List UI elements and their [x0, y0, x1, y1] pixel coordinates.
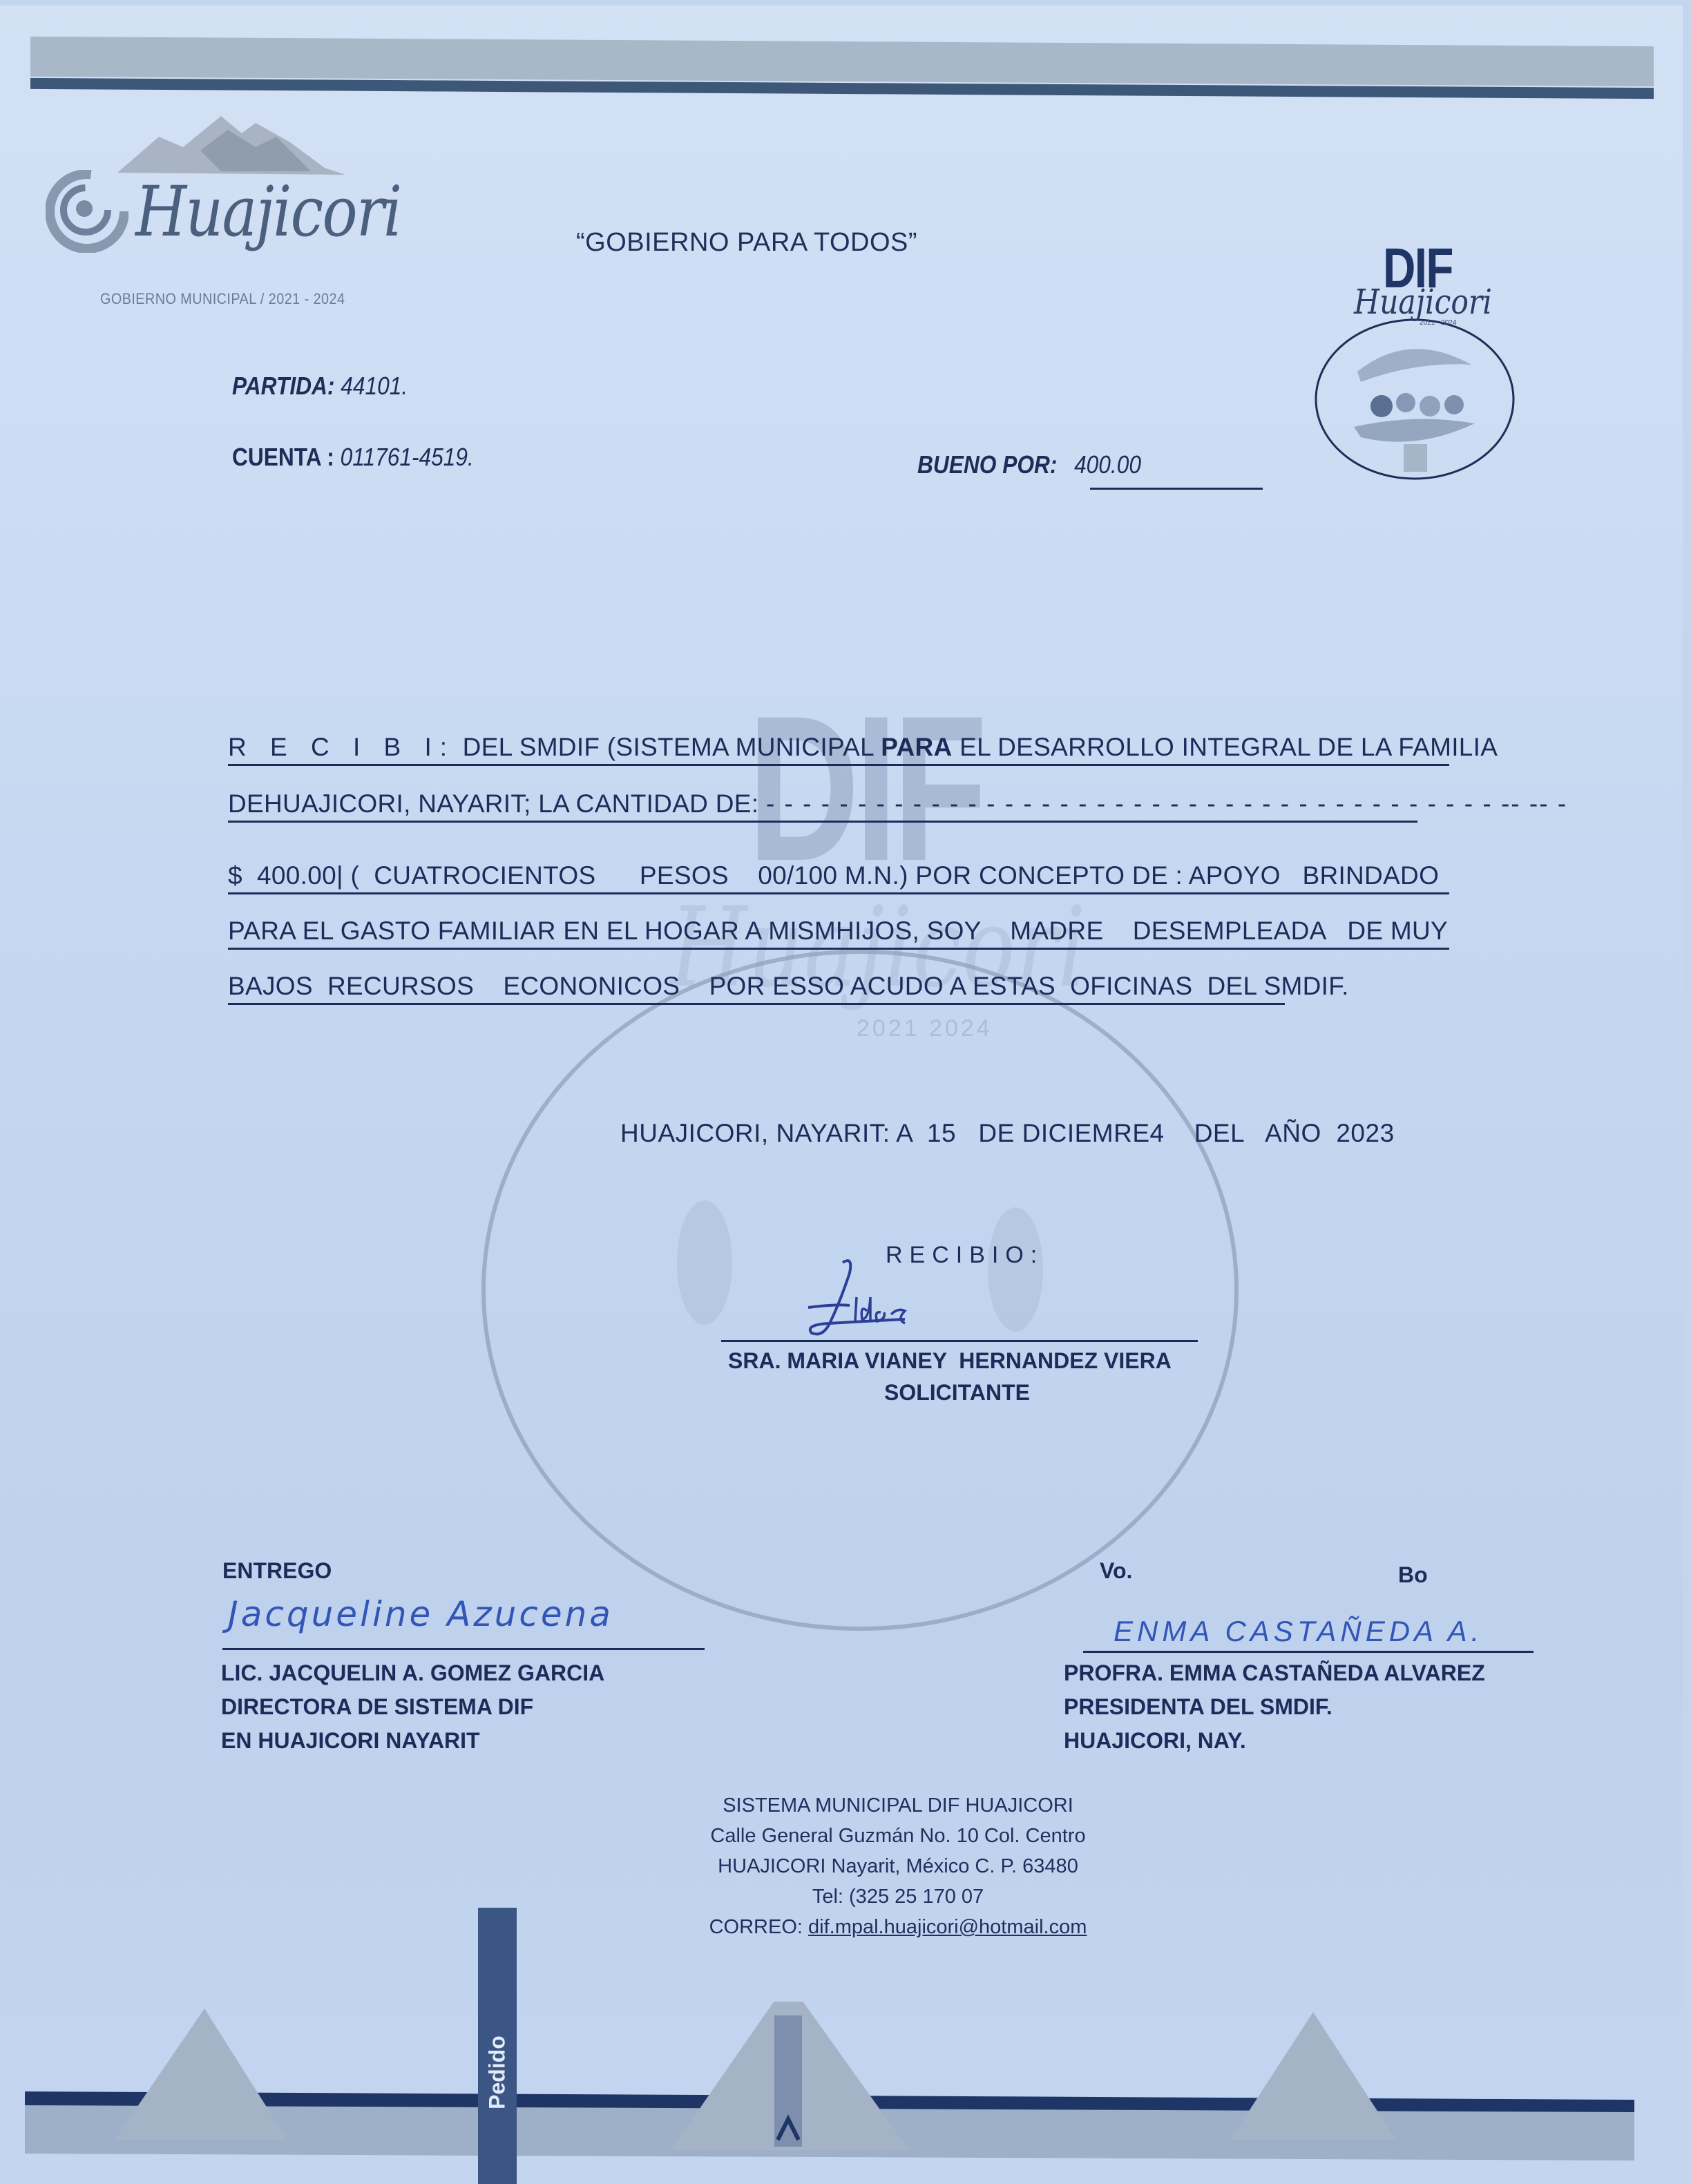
footer-email-link[interactable]: dif.mpal.huajicori@hotmail.com [808, 1916, 1087, 1938]
delivered-by-signature: Jacqueline Azucena [228, 1594, 613, 1634]
approved-by-block: PROFRA. EMMA CASTAÑEDA ALVAREZ PRESIDENT… [1064, 1656, 1485, 1758]
cuenta-field: CUENTA : 011761-4519. [232, 443, 474, 472]
body-line-5: BAJOS RECURSOS ECONONICOS POR ESSO ACUDO… [228, 971, 1285, 1005]
recipient-signature-icon [801, 1256, 933, 1339]
footer-phone: Tel: (325 25 170 07 [587, 1881, 1209, 1912]
slogan: “GOBIERNO PARA TODOS” [576, 228, 917, 258]
delivered-by-name: LIC. JACQUELIN A. GOMEZ GARCIA [221, 1656, 604, 1690]
swirl-logo-icon [46, 170, 128, 253]
footer-address-1: Calle General Guzmán No. 10 Col. Centro [587, 1821, 1209, 1851]
body-line-1: R E C I B I: DEL SMDIF (SISTEMA MUNICIPA… [228, 732, 1449, 766]
recipient-role: SOLICITANTE [884, 1380, 1030, 1406]
footer-email-row: CORREO: dif.mpal.huajicori@hotmail.com [587, 1912, 1209, 1942]
document-page: Huajicori GOBIERNO MUNICIPAL / 2021 - 20… [0, 6, 1683, 2184]
bo-label: Bo [1398, 1562, 1428, 1588]
delivered-by-signature-line [222, 1648, 705, 1650]
approved-by-title-1: PRESIDENTA DEL SMDIF. [1064, 1690, 1485, 1724]
recipient-signature-line [721, 1340, 1198, 1342]
cuenta-label: CUENTA : [232, 443, 334, 471]
delivered-by-title-2: EN HUAJICORI NAYARIT [221, 1724, 604, 1758]
partida-value: 44101. [341, 372, 408, 400]
bueno-por-underline [1090, 488, 1263, 490]
body-text: DEHUAJICORI, NAYARIT; LA CANTIDAD DE: [228, 789, 766, 818]
dif-logo-script: Huajicori [1354, 282, 1492, 322]
recipient-name: SRA. MARIA VIANEY HERNANDEZ VIERA [728, 1348, 1172, 1374]
mountains-icon [117, 109, 373, 175]
bottom-pyramids-decoration-icon [25, 2002, 1634, 2161]
bueno-por-value: 400.00 [1074, 450, 1141, 479]
body-line-4: PARA EL GASTO FAMILIAR EN EL HOGAR A MIS… [228, 916, 1449, 950]
dif-family-logo-icon [1312, 303, 1517, 482]
body-line-2: DEHUAJICORI, NAYARIT; LA CANTIDAD DE: - … [228, 789, 1417, 823]
entrego-label: ENTREGO [222, 1558, 332, 1584]
footer-org: SISTEMA MUNICIPAL DIF HUAJICORI [587, 1790, 1209, 1821]
partida-label: PARTIDA: [232, 372, 334, 400]
footer-contact: SISTEMA MUNICIPAL DIF HUAJICORI Calle Ge… [587, 1790, 1209, 1942]
delivered-by-title-1: DIRECTORA DE SISTEMA DIF [221, 1690, 604, 1724]
bueno-por-field: BUENO POR: 400.00 [917, 450, 1141, 479]
municipality-logo-text: Huajicori [135, 171, 401, 252]
footer-address-2: HUAJICORI Nayarit, México C. P. 63480 [587, 1851, 1209, 1881]
approved-by-signature: ENMA CASTAÑEDA A. [1114, 1615, 1483, 1648]
approved-by-title-2: HUAJICORI, NAY. [1064, 1724, 1485, 1758]
watermark-years: 2021 2024 [857, 1015, 993, 1042]
date-line: HUAJICORI, NAYARIT: A 15 DE DICIEMRE4 DE… [620, 1119, 1395, 1148]
vo-label: Vo. [1100, 1558, 1132, 1584]
bueno-por-label: BUENO POR: [917, 450, 1057, 479]
body-line-3: $ 400.00| ( CUATROCIENTOS PESOS 00/100 M… [228, 861, 1449, 894]
municipality-subtitle: GOBIERNO MUNICIPAL / 2021 - 2024 [100, 290, 345, 308]
dash-fill: - - - - - - - - - - - - - - - - - - - - … [766, 789, 1567, 818]
partida-field: PARTIDA: 44101. [232, 372, 408, 401]
dif-logo-years: 2021 - 2024 [1420, 319, 1456, 327]
approved-by-name: PROFRA. EMMA CASTAÑEDA ALVAREZ [1064, 1656, 1485, 1690]
body-text: DEL SMDIF (SISTEMA MUNICIPAL [455, 733, 881, 761]
pedido-tab: Pedido [478, 1908, 517, 2184]
approved-by-signature-line [1083, 1651, 1534, 1653]
pedido-label: Pedido [485, 2035, 510, 2109]
footer-email-label: CORREO: [709, 1916, 808, 1938]
body-text: EL DESARROLLO INTEGRAL DE LA FAMILIA [953, 733, 1498, 761]
cuenta-value: 011761-4519. [341, 443, 474, 471]
recibi-label: R E C I B I: [228, 733, 455, 761]
body-text-bold: PARA [881, 733, 952, 761]
delivered-by-block: LIC. JACQUELIN A. GOMEZ GARCIA DIRECTORA… [221, 1656, 604, 1758]
